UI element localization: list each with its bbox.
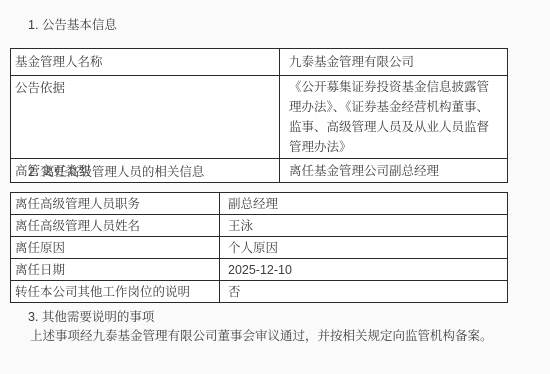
- row-label: 基金管理人名称: [11, 49, 280, 76]
- row-value: 副总经理: [220, 193, 508, 215]
- table-row: 离任高级管理人员职务 副总经理: [11, 193, 508, 215]
- departure-info-table: 离任高级管理人员职务 副总经理 离任高级管理人员姓名 王泳 离任原因 个人原因 …: [10, 192, 508, 303]
- table-row: 离任高级管理人员姓名 王泳: [11, 215, 508, 237]
- row-value: 王泳: [220, 215, 508, 237]
- section-heading-basic-info: 1. 公告基本信息: [28, 15, 117, 33]
- row-value: 个人原因: [220, 237, 508, 259]
- table-row: 基金管理人名称 九泰基金管理有限公司: [11, 49, 508, 76]
- table-row: 转任本公司其他工作岗位的说明 否: [11, 281, 508, 303]
- announcement-document: { "page": { "background_color": "#fafafa…: [0, 0, 550, 374]
- section-heading-other-notes: 3. 其他需要说明的事项: [28, 307, 154, 325]
- row-label: 离任原因: [11, 237, 220, 259]
- row-value: 2025-12-10: [220, 259, 508, 281]
- row-label: 公告依据: [11, 76, 280, 159]
- section-heading-departure-info: 2. 离任高级管理人员的相关信息: [28, 162, 204, 180]
- row-value: 否: [220, 281, 508, 303]
- row-value: 九泰基金管理有限公司: [280, 49, 508, 76]
- row-label: 离任日期: [11, 259, 220, 281]
- table-row: 公告依据 《公开募集证券投资基金信息披露管理办法》、《证券基金经营机构董事、监事…: [11, 76, 508, 159]
- table-row: 离任日期 2025-12-10: [11, 259, 508, 281]
- row-label: 离任高级管理人员姓名: [11, 215, 220, 237]
- row-label: 离任高级管理人员职务: [11, 193, 220, 215]
- table-row: 离任原因 个人原因: [11, 237, 508, 259]
- row-label: 转任本公司其他工作岗位的说明: [11, 281, 220, 303]
- row-value: 《公开募集证券投资基金信息披露管理办法》、《证券基金经营机构董事、监事、高级管理…: [280, 76, 508, 159]
- closing-statement: 上述事项经九泰基金管理有限公司董事会审议通过，并按相关规定向监管机构备案。: [30, 327, 535, 345]
- row-value: 离任基金管理公司副总经理: [280, 159, 508, 183]
